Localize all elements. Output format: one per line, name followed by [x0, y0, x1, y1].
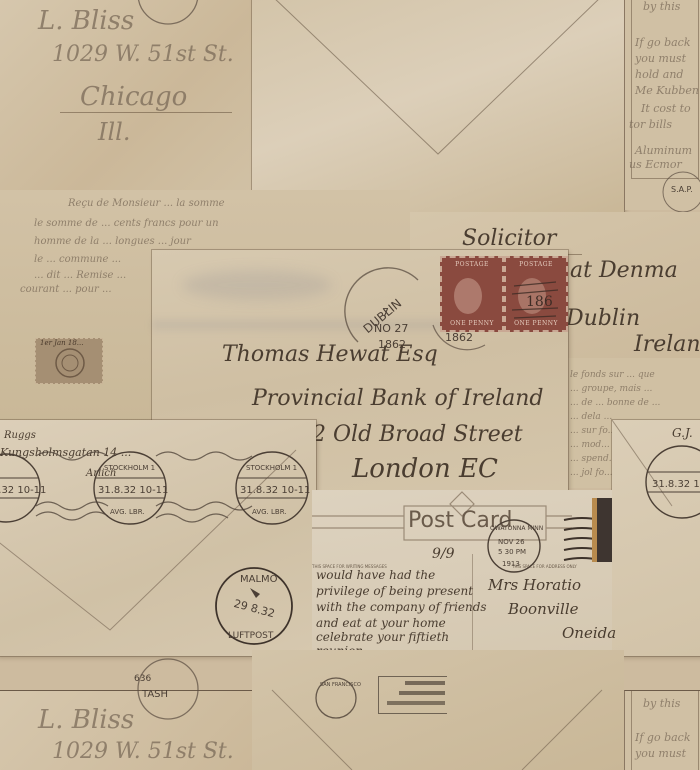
letter-line: ... mod...	[570, 440, 610, 450]
revenue-stamp-text: 1er Jan 18...	[40, 339, 83, 347]
bliss-city: Chicago	[80, 82, 187, 112]
note-line: by this	[643, 0, 680, 13]
bliss-street: 1029 W. 51st St.	[52, 42, 234, 67]
envelope-back-bottom: SAN FRANCISCO	[252, 650, 624, 770]
dublin-addressee: Thomas Hewat Esq	[222, 342, 438, 367]
postmark-stockholm-3-icon: STOCKHOLM 1 31.8.32 10-11 AVG. LBR.	[232, 448, 312, 528]
solicitor-line3: Dublin	[566, 306, 640, 331]
svg-text:LUFTPOST: LUFTPOST	[228, 631, 274, 641]
postcard-address-line: Mrs Horatio	[488, 576, 581, 594]
note-line: If go back	[635, 731, 691, 744]
note-line: hold and	[635, 68, 683, 81]
envelope-stockholm-right: G.J. 31.8.32 10-11	[612, 420, 700, 656]
svg-text:TASH: TASH	[141, 689, 168, 700]
postmark-malmo-luftpost-icon: MALMÖ 29 8.32 LUFTPOST	[210, 562, 300, 652]
letter-line: ... dela ...	[570, 412, 612, 422]
svg-text:OWATONNA MINN: OWATONNA MINN	[490, 525, 543, 532]
postcard-address-line: Boonville	[508, 600, 579, 618]
cancellation-bars-icon: 186	[506, 268, 566, 328]
envelope-back-top	[252, 0, 624, 214]
solicitor-line4: Irelan	[634, 332, 700, 357]
svg-text:MALMÖ: MALMÖ	[240, 572, 278, 585]
note-line: It cost to	[641, 102, 691, 115]
bliss-street: 1029 W. 51st St.	[52, 739, 234, 764]
note-bottomright: by this If go back you must	[624, 690, 700, 770]
svg-text:STOCKHOLM 1: STOCKHOLM 1	[104, 464, 155, 472]
svg-text:AVG. LBR.: AVG. LBR.	[110, 508, 145, 516]
svg-text:SAN FRANCISCO: SAN FRANCISCO	[320, 682, 361, 688]
svg-text:5 30 PM: 5 30 PM	[498, 548, 526, 556]
svg-text:AVG. LBR.: AVG. LBR.	[252, 508, 287, 516]
postcard-message-line: privilege of being present	[316, 584, 473, 598]
postcard-message-line: would have had the	[316, 568, 435, 582]
note-line: you must	[635, 747, 686, 760]
bliss-name: L. Bliss	[38, 705, 134, 735]
letter-line: ... spend...	[570, 454, 617, 464]
dublin-address-line4: London EC	[352, 454, 498, 484]
svg-text:1862: 1862	[445, 331, 473, 344]
letter-line: ... dit ... Remise ...	[34, 270, 126, 281]
svg-text:31.8.32 10-11: 31.8.32 10-11	[98, 485, 168, 496]
postmark-stockholm-4-icon: 31.8.32 10-11	[642, 442, 700, 522]
note-initials: G.J.	[672, 426, 693, 440]
svg-text:7: 7	[382, 306, 389, 319]
postmark-round-icon: SAN FRANCISCO	[312, 672, 362, 722]
envelope-flap-icon	[252, 0, 624, 214]
note-line: Me Kubben	[635, 84, 699, 97]
letter-line: le ... commune ...	[34, 254, 121, 265]
postcard-note-number: 9/9	[432, 546, 455, 562]
letter-line: Reçu de Monsieur ... la somme	[68, 198, 225, 209]
svg-text:186: 186	[526, 294, 553, 310]
envelope-bliss-bottom: 636 TASH L. Bliss 1029 W. 51st St.	[0, 690, 252, 770]
postmark-sap-icon: S.A.P.	[653, 170, 700, 210]
note-line: by this	[643, 697, 680, 710]
postage-stamp	[592, 498, 612, 562]
note-topright: by this If go back you must hold and Me …	[624, 0, 700, 210]
note-line: tor bills	[629, 118, 672, 131]
postmark-tash-icon: 636 TASH	[128, 675, 208, 715]
svg-text:STOCKHOLM 1: STOCKHOLM 1	[246, 464, 297, 472]
note-line: you must	[635, 52, 686, 65]
solicitor-line2: at Denma	[570, 258, 678, 283]
postcard: Post Card THIS SPACE FOR WRITING MESSAGE…	[312, 490, 612, 650]
postcard-message-line: celebrate your fiftieth	[316, 630, 449, 644]
bliss-name: L. Bliss	[38, 6, 134, 36]
letter-line: le somme de ... cents francs pour un	[34, 218, 219, 229]
svg-text:636: 636	[134, 674, 151, 684]
svg-text:31.8.32 10-11: 31.8.32 10-11	[0, 485, 46, 496]
postmark-stockholm-1-icon: 31.8.32 10-11	[0, 448, 46, 528]
svg-text:31.8.32 10-11: 31.8.32 10-11	[240, 485, 310, 496]
postmark-stockholm-2-icon: STOCKHOLM 1 31.8.32 10-11 AVG. LBR.	[90, 448, 170, 528]
letter-line: ... sur fo...	[570, 426, 616, 436]
postcard-message-line: with the company of friends	[316, 600, 487, 614]
revenue-stamp: 1er Jan 18...	[35, 338, 103, 384]
envelope-bliss-top: TASH L. Bliss 1029 W. 51st St. Chicago I…	[0, 0, 255, 190]
note-line: If go back	[635, 36, 691, 49]
penny-red-stamp-2: POSTAGE 186 ONE PENNY	[504, 256, 568, 332]
svg-text:1913: 1913	[502, 560, 520, 568]
envelope-stockholm: Ruggs Kungsholmsgatan 14 ... Arlich 31.8…	[0, 420, 316, 656]
sender-line: Ruggs	[4, 430, 36, 441]
letter-line: le fonds sur ... que	[570, 370, 655, 380]
postcard-address-line: Oneida	[562, 624, 616, 642]
letter-line: homme de la ... longues ... jour	[34, 236, 191, 247]
svg-text:S.A.P.: S.A.P.	[671, 185, 693, 194]
postcard-message-line: and eat at your home	[316, 616, 446, 630]
letter-line: ... de ... bonne de ...	[570, 398, 660, 408]
dublin-address-line2: Provincial Bank of Ireland	[252, 386, 544, 411]
letter-line: ... jol fo...	[570, 468, 613, 478]
letter-line: ... groupe, mais ...	[570, 384, 652, 394]
postmark-owatonna-icon: OWATONNA MINN NOV 26 5 30 PM 1913	[484, 516, 544, 576]
dublin-address-line3: 2 Old Broad Street	[312, 422, 523, 447]
svg-text:NOV 26: NOV 26	[498, 538, 525, 546]
note-line: Aluminum	[635, 144, 692, 157]
queen-profile-icon	[442, 268, 502, 328]
letter-line: courant ... pour ...	[20, 284, 112, 295]
penny-red-stamp-1: POSTAGE ONE PENNY	[440, 256, 504, 332]
postmark-tash-icon: TASH	[128, 0, 208, 22]
bliss-state: Ill.	[98, 118, 130, 146]
solicitor-line1: Solicitor	[462, 226, 556, 251]
svg-text:31.8.32 10-11: 31.8.32 10-11	[652, 479, 700, 490]
svg-text:29 8.32: 29 8.32	[232, 597, 276, 620]
slogan-postmark	[378, 676, 447, 714]
svg-text:NO 27: NO 27	[374, 322, 408, 335]
